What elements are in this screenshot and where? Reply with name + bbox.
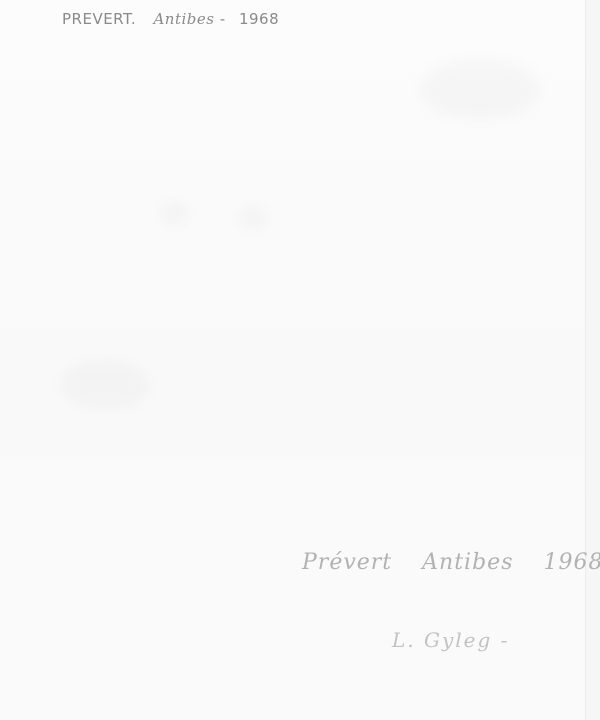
paper-smudge bbox=[160, 200, 190, 225]
caption-year: 1968 bbox=[239, 10, 279, 28]
caption-place: Antibes bbox=[153, 10, 214, 28]
paper-smudge bbox=[238, 205, 268, 230]
caption-subject: PREVERT. bbox=[62, 10, 136, 28]
handwritten-caption-bottom: Prévert Antibes 1968 bbox=[302, 550, 600, 575]
caption-separator: - bbox=[220, 10, 226, 28]
paper-smudge bbox=[420, 60, 540, 120]
caption-place: Antibes bbox=[422, 550, 513, 575]
paper-smudge bbox=[60, 360, 150, 410]
page-edge bbox=[585, 0, 600, 720]
caption-subject: Prévert bbox=[302, 550, 392, 575]
handwritten-caption-top: PREVERT. Antibes - 1968 bbox=[62, 10, 279, 28]
handwritten-signature: L. Gyleg - bbox=[392, 628, 509, 652]
scanned-page: PREVERT. Antibes - 1968 Prévert Antibes … bbox=[0, 0, 600, 720]
caption-year: 1968 bbox=[543, 550, 600, 575]
